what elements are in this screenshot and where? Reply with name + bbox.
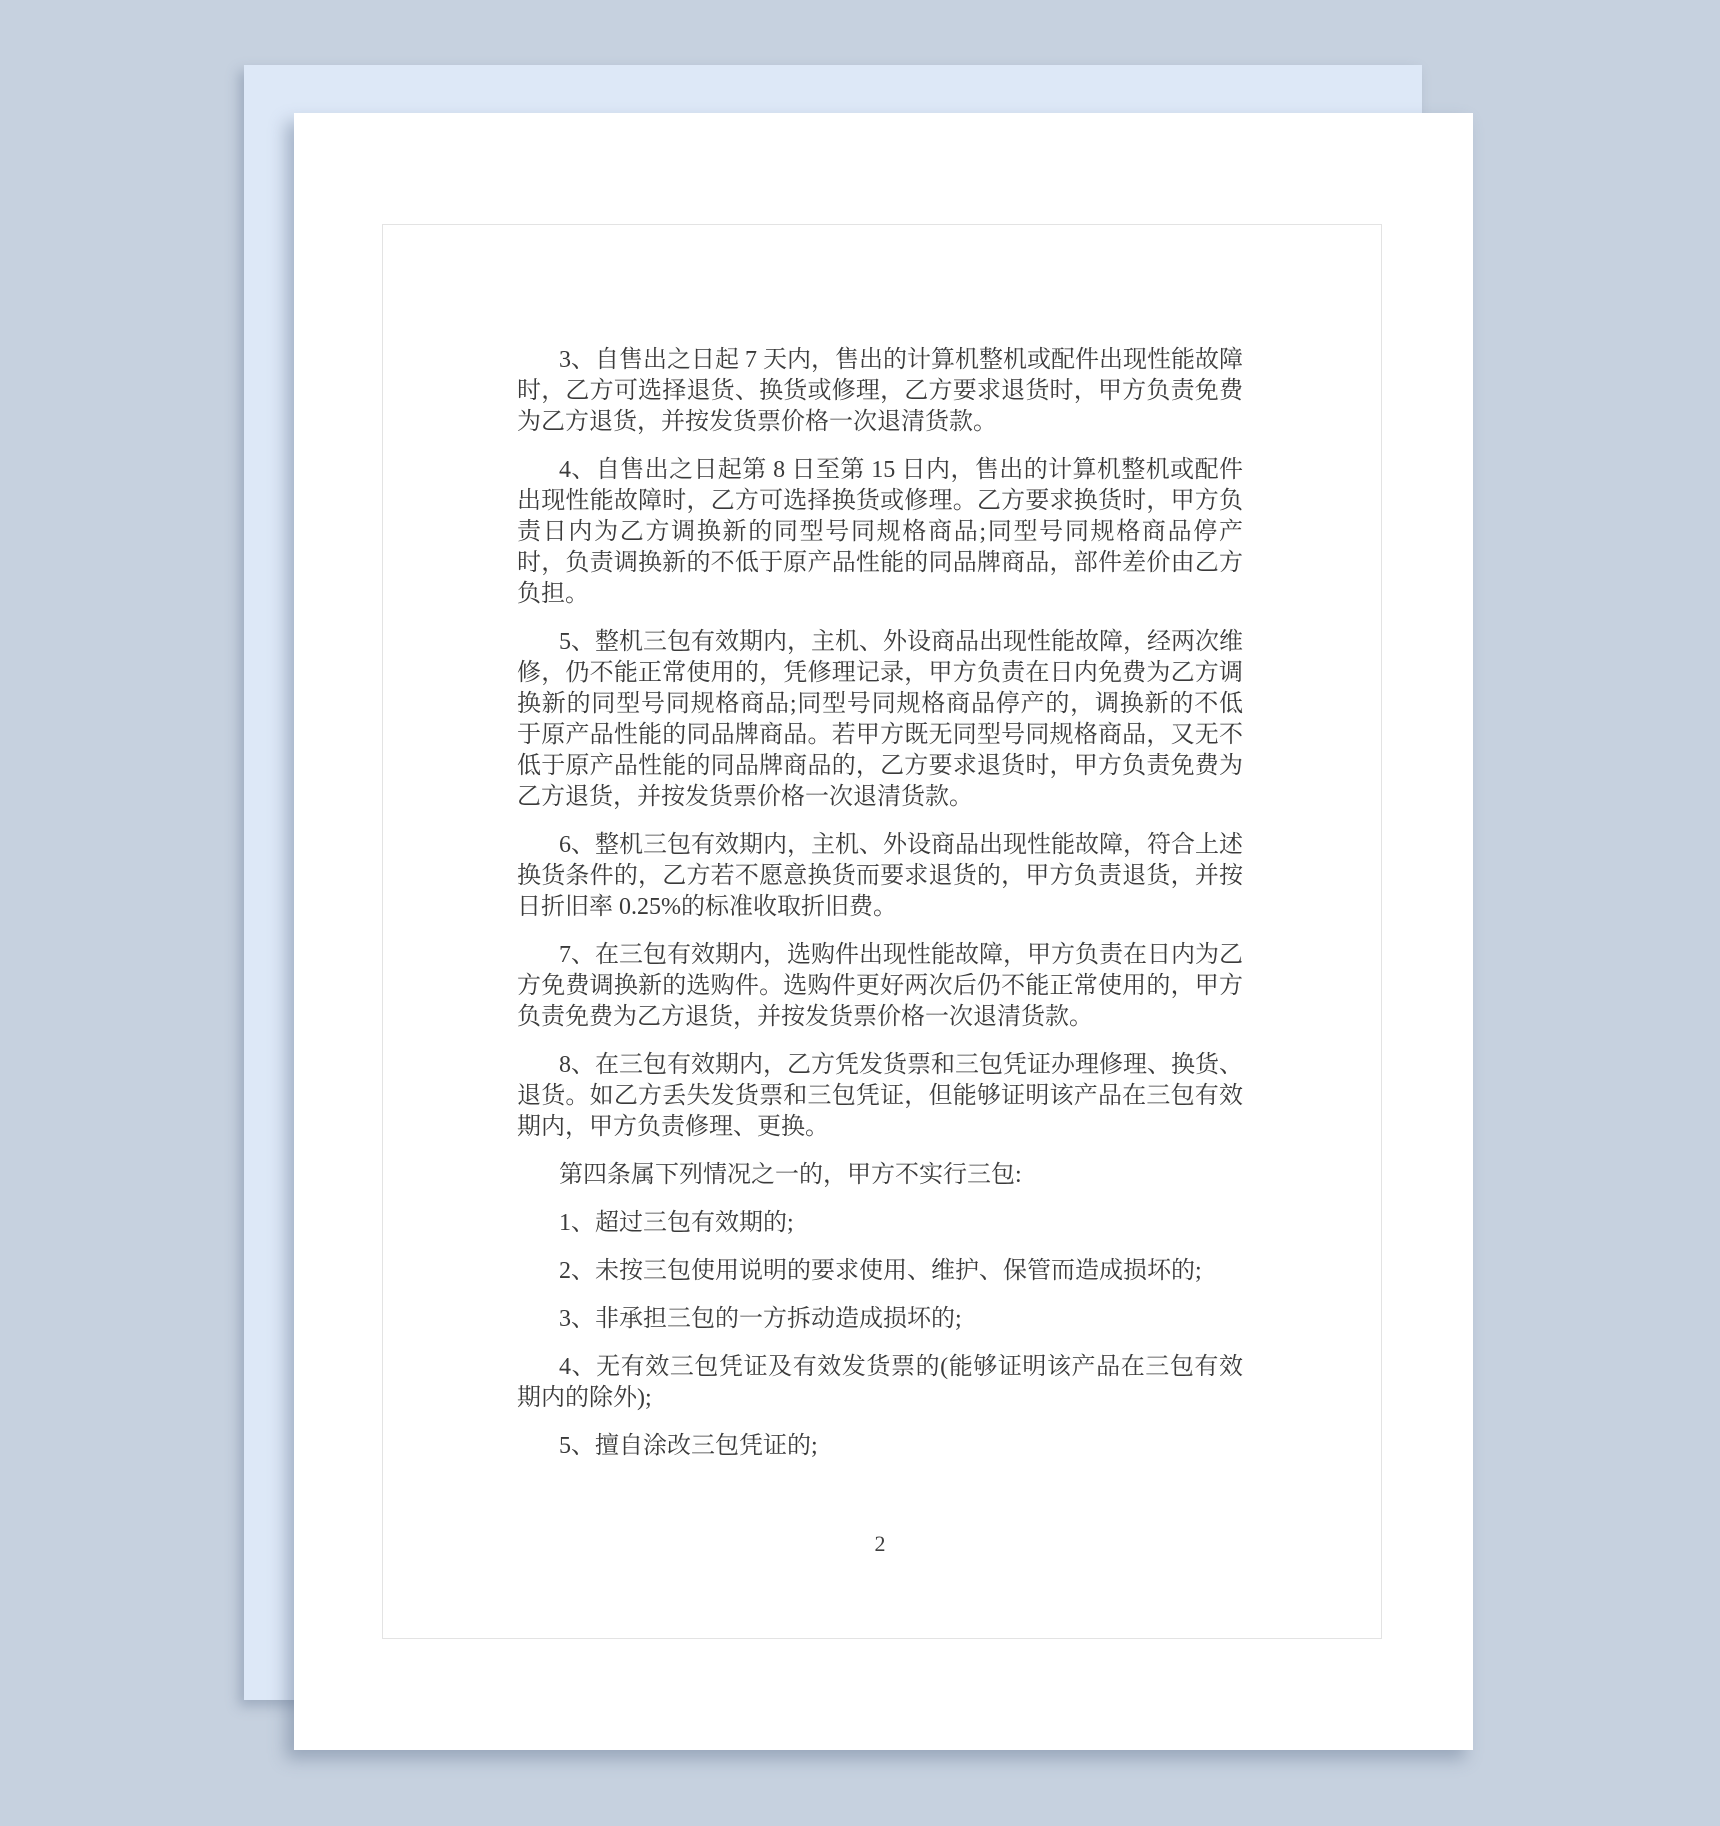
page-number: 2	[517, 1531, 1243, 1557]
paragraph-clause-8: 8、在三包有效期内，乙方凭发货票和三包凭证办理修理、换货、退货。如乙方丢失发货票…	[517, 1050, 1243, 1143]
paragraph-exclusion-item-4: 4、无有效三包凭证及有效发货票的(能够证明该产品在三包有效期内的除外);	[517, 1352, 1243, 1414]
paragraph-exclusion-item-3: 3、非承担三包的一方拆动造成损坏的;	[517, 1304, 1243, 1335]
document-preview: 3、自售出之日起 7 天内，售出的计算机整机或配件出现性能故障时，乙方可选择退货…	[0, 0, 1720, 1826]
paragraph-exclusion-item-5: 5、擅自涂改三包凭证的;	[517, 1431, 1243, 1462]
paragraph-clause-5: 5、整机三包有效期内，主机、外设商品出现性能故障，经两次维修，仍不能正常使用的，…	[517, 627, 1243, 813]
page-text-content: 3、自售出之日起 7 天内，售出的计算机整机或配件出现性能故障时，乙方可选择退货…	[517, 345, 1243, 1479]
paragraph-exclusion-item-2: 2、未按三包使用说明的要求使用、维护、保管而造成损坏的;	[517, 1256, 1243, 1287]
document-page: 3、自售出之日起 7 天内，售出的计算机整机或配件出现性能故障时，乙方可选择退货…	[294, 113, 1473, 1750]
paragraph-article-4-heading: 第四条属下列情况之一的，甲方不实行三包:	[517, 1160, 1243, 1191]
paragraph-exclusion-item-1: 1、超过三包有效期的;	[517, 1208, 1243, 1239]
paragraph-clause-7: 7、在三包有效期内，选购件出现性能故障，甲方负责在日内为乙方免费调换新的选购件。…	[517, 940, 1243, 1033]
paragraph-clause-4: 4、自售出之日起第 8 日至第 15 日内，售出的计算机整机或配件出现性能故障时…	[517, 455, 1243, 610]
paragraph-clause-6: 6、整机三包有效期内，主机、外设商品出现性能故障，符合上述换货条件的，乙方若不愿…	[517, 830, 1243, 923]
paragraph-clause-3: 3、自售出之日起 7 天内，售出的计算机整机或配件出现性能故障时，乙方可选择退货…	[517, 345, 1243, 438]
